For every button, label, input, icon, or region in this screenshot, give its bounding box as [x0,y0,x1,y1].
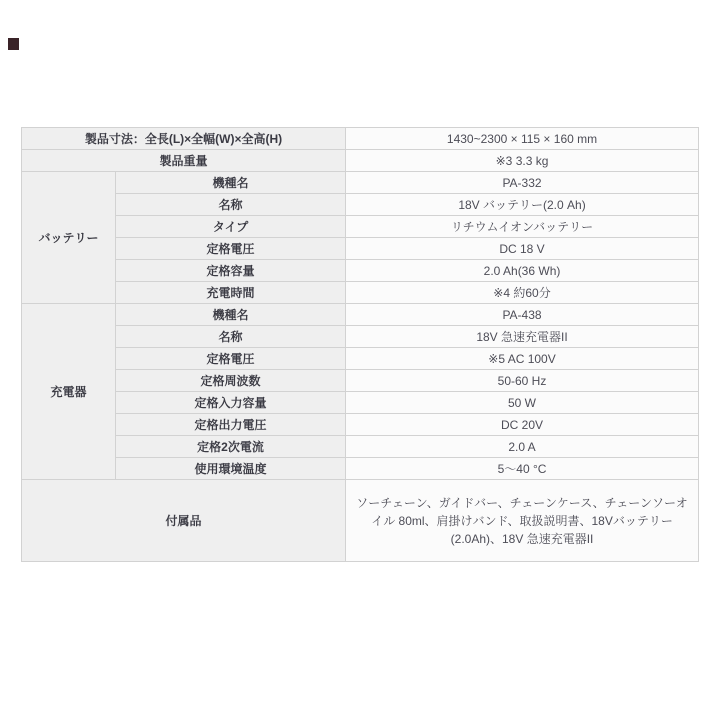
spec-label-charger-2: 定格電圧 [116,348,346,370]
spec-row-battery-1: 名称18V バッテリー(2.0 Ah) [22,194,699,216]
spec-row-battery-3: 定格電圧DC 18 V [22,238,699,260]
category-cell-charger: 充電器 [22,304,116,480]
spec-label-battery-1: 名称 [116,194,346,216]
spec-row-charger-7: 使用環境温度5～40 °C [22,458,699,480]
spec-row-battery-2: タイプリチウムイオンバッテリー [22,216,699,238]
spec-row-charger-6: 定格2次電流2.0 A [22,436,699,458]
product-spec-section: 製品寸法：全長(L)×全幅(W)×全高(H)1430~2300 × 115 × … [21,127,698,562]
spec-value-charger-4: 50 W [346,392,699,414]
spec-value-accessories: ソーチェーン、ガイドバー、チェーンケース、チェーンソーオイル 80ml、肩掛けバ… [346,480,699,562]
spec-label-battery-0: 機種名 [116,172,346,194]
spec-label-charger-7: 使用環境温度 [116,458,346,480]
spec-row-charger-4: 定格入力容量50 W [22,392,699,414]
spec-value-battery-2: リチウムイオンバッテリー [346,216,699,238]
spec-row-battery-5: 充電時間※4 約60分 [22,282,699,304]
spec-label-battery-3: 定格電圧 [116,238,346,260]
spec-value-battery-3: DC 18 V [346,238,699,260]
spec-label-accessories: 付属品 [22,480,346,562]
spec-row-accessories: 付属品ソーチェーン、ガイドバー、チェーンケース、チェーンソーオイル 80ml、肩… [22,480,699,562]
spec-value-charger-2: ※5 AC 100V [346,348,699,370]
spec-row-weight: 製品重量※3 3.3 kg [22,150,699,172]
spec-label-charger-4: 定格入力容量 [116,392,346,414]
spec-row-battery-4: 定格容量2.0 Ah(36 Wh) [22,260,699,282]
category-cell-battery: バッテリー [22,172,116,304]
spec-label-dimensions: 製品寸法：全長(L)×全幅(W)×全高(H) [22,128,346,150]
spec-value-charger-5: DC 20V [346,414,699,436]
spec-table: 製品寸法：全長(L)×全幅(W)×全高(H)1430~2300 × 115 × … [21,127,699,562]
spec-row-charger-5: 定格出力電圧DC 20V [22,414,699,436]
spec-value-charger-0: PA-438 [346,304,699,326]
corner-marker [8,38,19,50]
spec-label-charger-0: 機種名 [116,304,346,326]
spec-label-charger-3: 定格周波数 [116,370,346,392]
spec-value-battery-5: ※4 約60分 [346,282,699,304]
spec-row-charger-3: 定格周波数50-60 Hz [22,370,699,392]
spec-label-battery-2: タイプ [116,216,346,238]
spec-value-dimensions: 1430~2300 × 115 × 160 mm [346,128,699,150]
spec-value-charger-6: 2.0 A [346,436,699,458]
spec-value-weight: ※3 3.3 kg [346,150,699,172]
spec-row-charger-1: 名称18V 急速充電器II [22,326,699,348]
spec-value-battery-4: 2.0 Ah(36 Wh) [346,260,699,282]
spec-table-body: 製品寸法：全長(L)×全幅(W)×全高(H)1430~2300 × 115 × … [22,128,699,562]
spec-value-charger-7: 5～40 °C [346,458,699,480]
spec-row-charger-2: 定格電圧※5 AC 100V [22,348,699,370]
spec-value-charger-3: 50-60 Hz [346,370,699,392]
spec-label-charger-6: 定格2次電流 [116,436,346,458]
spec-row-battery-0: バッテリー機種名PA-332 [22,172,699,194]
spec-value-battery-1: 18V バッテリー(2.0 Ah) [346,194,699,216]
spec-value-battery-0: PA-332 [346,172,699,194]
spec-row-charger-0: 充電器機種名PA-438 [22,304,699,326]
spec-label-charger-5: 定格出力電圧 [116,414,346,436]
spec-value-charger-1: 18V 急速充電器II [346,326,699,348]
spec-row-dimensions: 製品寸法：全長(L)×全幅(W)×全高(H)1430~2300 × 115 × … [22,128,699,150]
spec-label-battery-4: 定格容量 [116,260,346,282]
spec-label-battery-5: 充電時間 [116,282,346,304]
spec-label-weight: 製品重量 [22,150,346,172]
spec-label-charger-1: 名称 [116,326,346,348]
